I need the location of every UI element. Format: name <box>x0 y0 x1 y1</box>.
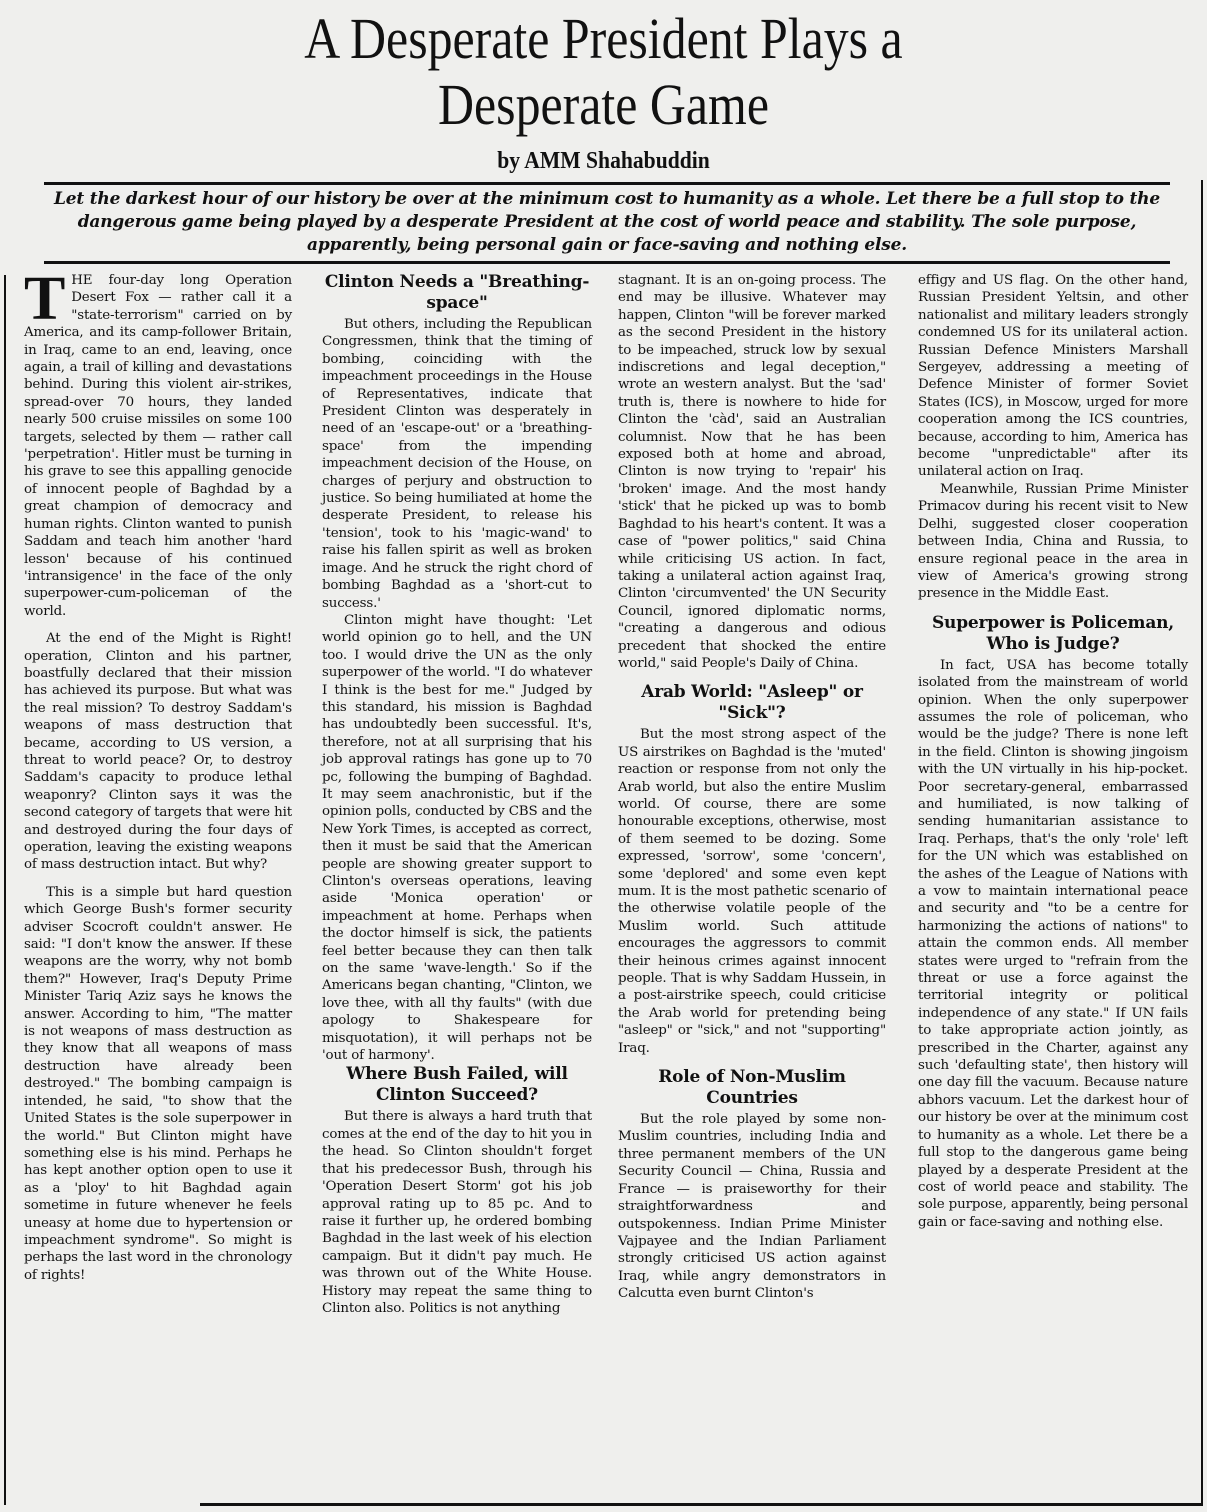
paragraph: Clinton might have thought: 'Let world o… <box>322 612 592 1065</box>
deck-top-rule <box>44 182 1170 185</box>
subheading: Clinton Needs a "Breathing-space" <box>322 272 592 314</box>
paragraph: This is a simple but hard question which… <box>24 884 292 1284</box>
left-border <box>4 275 6 1505</box>
paragraph: THE four-day long Operation Desert Fox —… <box>24 272 292 620</box>
newspaper-page: A Desperate President Plays a Desperate … <box>0 0 1207 1512</box>
headline: A Desperate President Plays a Desperate … <box>84 6 1122 138</box>
paragraph: In fact, USA has become totally isolated… <box>918 657 1188 1231</box>
column-1: THE four-day long Operation Desert Fox —… <box>24 272 292 1294</box>
bottom-rule <box>200 1503 1203 1506</box>
paragraph: But the most strong aspect of the US air… <box>618 726 886 1057</box>
column-3: stagnant. It is an on-going process. The… <box>618 272 886 1313</box>
headline-line-1: A Desperate President Plays a <box>84 6 1122 72</box>
subheading: Where Bush Failed, will Clinton Succeed? <box>322 1064 592 1106</box>
byline: by AMM Shahabuddin <box>60 148 1146 175</box>
paragraph: Meanwhile, Russian Prime Minister Primac… <box>918 481 1188 603</box>
column-2: Clinton Needs a "Breathing-space" But ot… <box>322 272 592 1327</box>
deck-bottom-rule <box>44 261 1170 264</box>
headline-line-2: Desperate Game <box>84 72 1122 138</box>
column-4: effigy and US flag. On the other hand, R… <box>918 272 1188 1241</box>
deck-summary: Let the darkest hour of our history be o… <box>44 188 1170 257</box>
subheading: Arab World: "Asleep" or "Sick"? <box>618 682 886 724</box>
paragraph: stagnant. It is an on-going process. The… <box>618 272 886 672</box>
drop-cap: T <box>24 274 65 324</box>
subheading: Superpower is Policeman, Who is Judge? <box>918 613 1188 655</box>
paragraph: But there is always a hard truth that co… <box>322 1108 592 1317</box>
paragraph: But the role played by some non-Muslim c… <box>618 1111 886 1302</box>
paragraph: At the end of the Might is Right! operat… <box>24 630 292 874</box>
subheading: Role of Non-Muslim Countries <box>618 1067 886 1109</box>
paragraph: But others, including the Republican Con… <box>322 316 592 612</box>
right-border <box>1201 180 1203 1505</box>
paragraph: effigy and US flag. On the other hand, R… <box>918 272 1188 481</box>
